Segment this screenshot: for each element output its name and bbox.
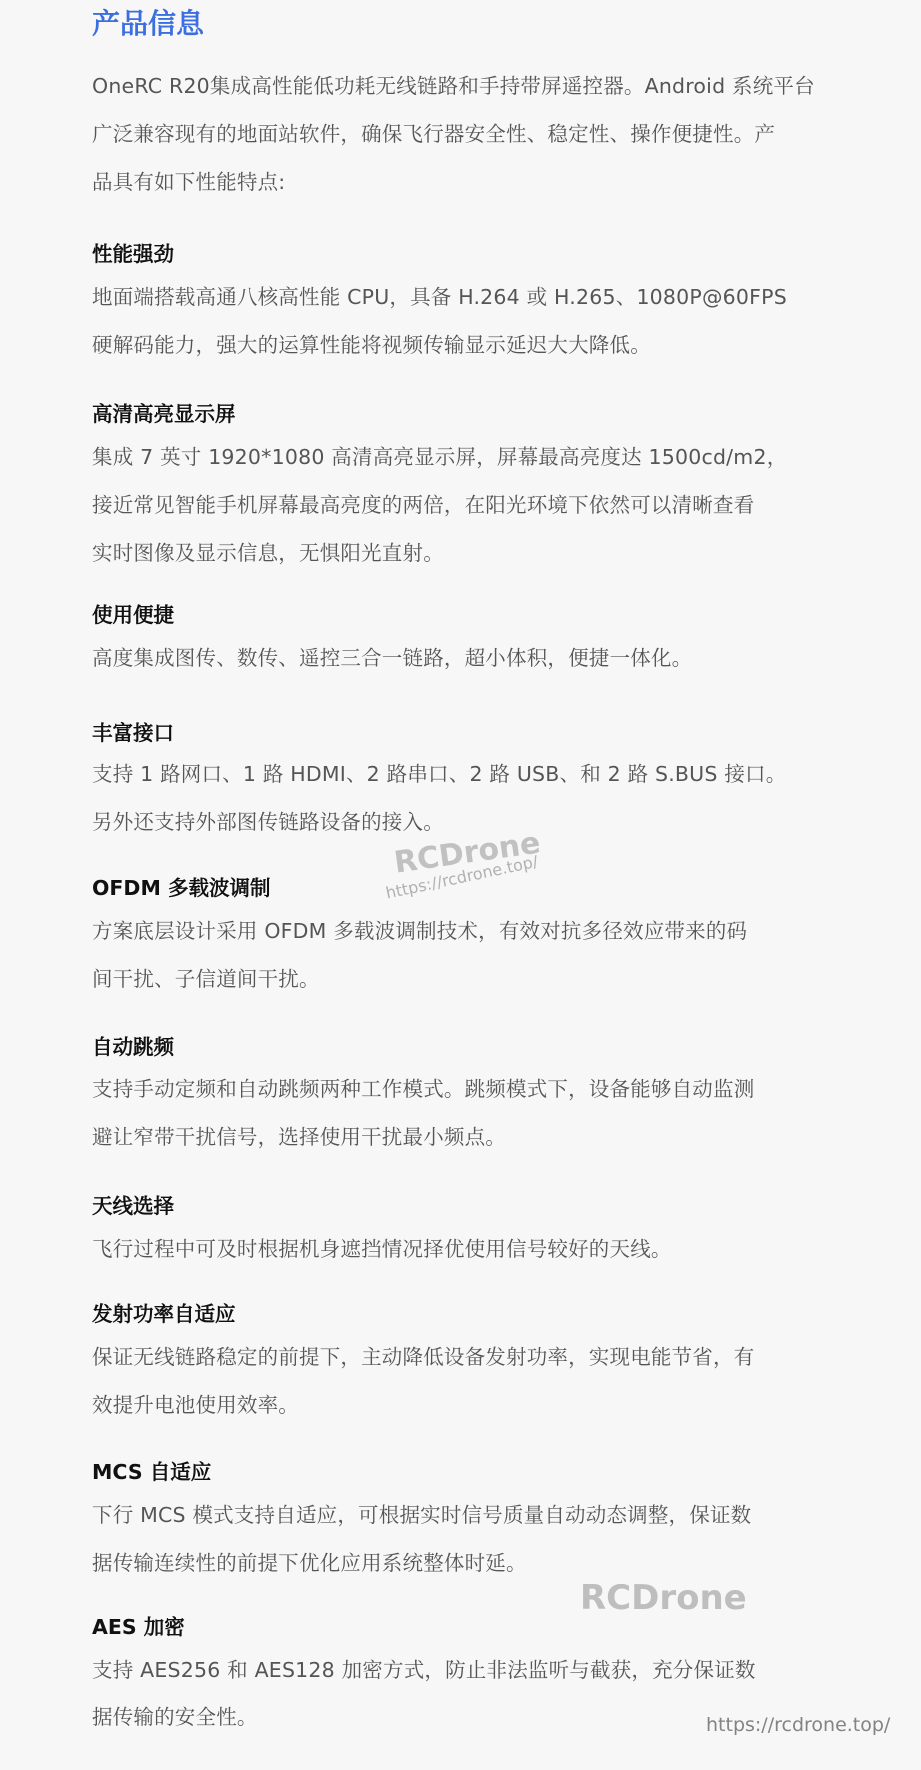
- section-heading: 性能强劲: [92, 239, 174, 269]
- section-line: 下行 MCS 模式支持自适应，可根据实时信号质量自动动态调整，保证数: [92, 1500, 751, 1530]
- section-heading: 发射功率自适应: [92, 1299, 236, 1329]
- intro-line: 广泛兼容现有的地面站软件，确保飞行器安全性、稳定性、操作便捷性。产: [92, 119, 775, 149]
- section-line: 实时图像及显示信息，无惧阳光直射。: [92, 538, 444, 568]
- page-title: 产品信息: [92, 4, 204, 44]
- section-line: 支持 AES256 和 AES128 加密方式，防止非法监听与截获，充分保证数: [92, 1655, 756, 1685]
- section-line: 另外还支持外部图传链路设备的接入。: [92, 807, 444, 837]
- section-line: 据传输连续性的前提下优化应用系统整体时延。: [92, 1548, 527, 1578]
- section-heading: 使用便捷: [92, 600, 174, 630]
- section-heading: 自动跳频: [92, 1032, 174, 1062]
- intro-line: 品具有如下性能特点:: [92, 167, 285, 197]
- section-heading: 高清高亮显示屏: [92, 399, 236, 429]
- section-line: 据传输的安全性。: [92, 1702, 258, 1732]
- section-heading: 丰富接口: [92, 718, 174, 748]
- intro-line: OneRC R20集成高性能低功耗无线链路和手持带屏遥控器。Android 系统…: [92, 71, 815, 101]
- section-line: 避让窄带干扰信号，选择使用干扰最小频点。: [92, 1122, 506, 1152]
- section-line: 接近常见智能手机屏幕最高亮度的两倍，在阳光环境下依然可以清晰查看: [92, 490, 754, 520]
- section-line: 高度集成图传、数传、遥控三合一链路，超小体积，便捷一体化。: [92, 643, 692, 673]
- section-heading: OFDM 多载波调制: [92, 873, 270, 903]
- section-line: 效提升电池使用效率。: [92, 1390, 299, 1420]
- section-line: 方案底层设计采用 OFDM 多载波调制技术，有效对抗多径效应带来的码: [92, 916, 747, 946]
- section-line: 硬解码能力，强大的运算性能将视频传输显示延迟大大降低。: [92, 330, 651, 360]
- watermark-url: https://rcdrone.top/: [384, 852, 540, 903]
- watermark-brand: RCDrone: [580, 1578, 747, 1618]
- section-line: 间干扰、子信道间干扰。: [92, 964, 320, 994]
- section-heading: 天线选择: [92, 1191, 174, 1221]
- section-heading: MCS 自适应: [92, 1457, 211, 1487]
- section-heading: AES 加密: [92, 1612, 185, 1642]
- section-line: 保证无线链路稳定的前提下，主动降低设备发射功率，实现电能节省，有: [92, 1342, 754, 1372]
- product-info-page: 产品信息 OneRC R20集成高性能低功耗无线链路和手持带屏遥控器。Andro…: [0, 0, 921, 1770]
- section-line: 地面端搭载高通八核高性能 CPU，具备 H.264 或 H.265、1080P@…: [92, 282, 787, 312]
- section-line: 飞行过程中可及时根据机身遮挡情况择优使用信号较好的天线。: [92, 1234, 672, 1264]
- watermark-url: https://rcdrone.top/: [706, 1714, 890, 1736]
- section-line: 支持 1 路网口、1 路 HDMI、2 路串口、2 路 USB、和 2 路 S.…: [92, 759, 786, 789]
- section-line: 集成 7 英寸 1920*1080 高清高亮显示屏，屏幕最高亮度达 1500cd…: [92, 442, 787, 472]
- section-line: 支持手动定频和自动跳频两种工作模式。跳频模式下，设备能够自动监测: [92, 1074, 754, 1104]
